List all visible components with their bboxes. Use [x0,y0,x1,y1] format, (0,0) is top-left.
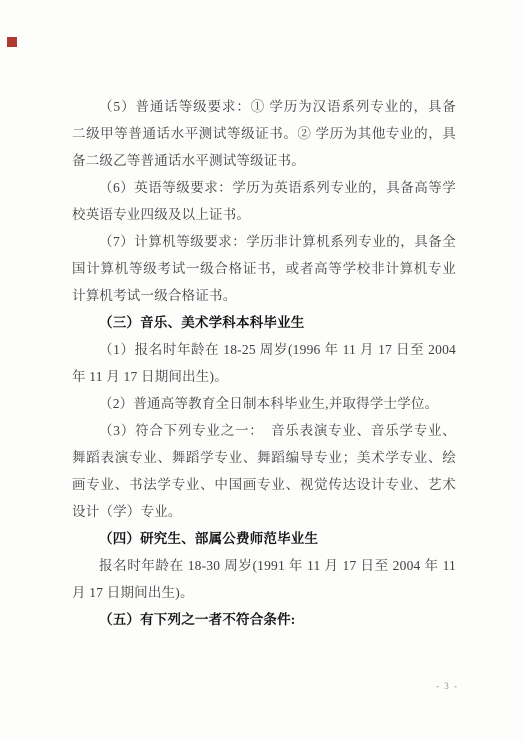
text-line: 国计算机等级考试一级合格证书，或者高等学校非计算机专业 [72,255,456,282]
text-line: （3）符合下列专业之一： 音乐表演专业、音乐学专业、 [72,417,456,444]
document-body: （5）普通话等级要求：① 学历为汉语系列专业的，具备二级甲等普通话水平测试等级证… [72,93,456,633]
text-line: 设计（学）专业。 [72,498,456,525]
document-page: （5）普通话等级要求：① 学历为汉语系列专业的，具备二级甲等普通话水平测试等级证… [0,0,524,741]
paragraph: 报名时年龄在 18-30 周岁(1991 年 11 月 17 日至 2004 年… [72,552,456,606]
text-line: 画专业、书法学专业、中国画专业、视觉传达设计专业、艺术 [72,471,456,498]
text-line: 备二级乙等普通话水平测试等级证书。 [72,147,456,174]
paragraph: （6）英语等级要求：学历为英语系列专业的，具备高等学校英语专业四级及以上证书。 [72,174,456,228]
text-line: 月 17 日期间出生)。 [72,579,456,606]
paragraph: （3）符合下列专业之一： 音乐表演专业、音乐学专业、舞蹈表演专业、舞蹈学专业、舞… [72,417,456,525]
red-stamp-mark [7,37,17,47]
section-heading: （三）音乐、美术学科本科毕业生 [72,309,456,336]
text-line: 年 11 月 17 日期间出生)。 [72,363,456,390]
paragraph: （5）普通话等级要求：① 学历为汉语系列专业的，具备二级甲等普通话水平测试等级证… [72,93,456,174]
text-line: 舞蹈表演专业、舞蹈学专业、舞蹈编导专业；美术学专业、绘 [72,444,456,471]
text-line: （五）有下列之一者不符合条件: [72,606,456,633]
text-line: 二级甲等普通话水平测试等级证书。② 学历为其他专业的，具 [72,120,456,147]
text-line: 报名时年龄在 18-30 周岁(1991 年 11 月 17 日至 2004 年… [72,552,456,579]
section-heading: （五）有下列之一者不符合条件: [72,606,456,633]
text-line: 计算机考试一级合格证书。 [72,282,456,309]
paragraph: （7）计算机等级要求：学历非计算机系列专业的，具备全国计算机等级考试一级合格证书… [72,228,456,309]
page-number: - 3 - [436,681,459,691]
paragraph: （1）报名时年龄在 18-25 周岁(1996 年 11 月 17 日至 200… [72,336,456,390]
text-line: 校英语专业四级及以上证书。 [72,201,456,228]
text-line: （三）音乐、美术学科本科毕业生 [72,309,456,336]
text-line: （7）计算机等级要求：学历非计算机系列专业的，具备全 [72,228,456,255]
text-line: （5）普通话等级要求：① 学历为汉语系列专业的，具备 [72,93,456,120]
paragraph: （2）普通高等教育全日制本科毕业生,并取得学士学位。 [72,390,456,417]
text-line: （四）研究生、部属公费师范毕业生 [72,525,456,552]
section-heading: （四）研究生、部属公费师范毕业生 [72,525,456,552]
text-line: （6）英语等级要求：学历为英语系列专业的，具备高等学 [72,174,456,201]
text-line: （2）普通高等教育全日制本科毕业生,并取得学士学位。 [72,390,456,417]
text-line: （1）报名时年龄在 18-25 周岁(1996 年 11 月 17 日至 200… [72,336,456,363]
